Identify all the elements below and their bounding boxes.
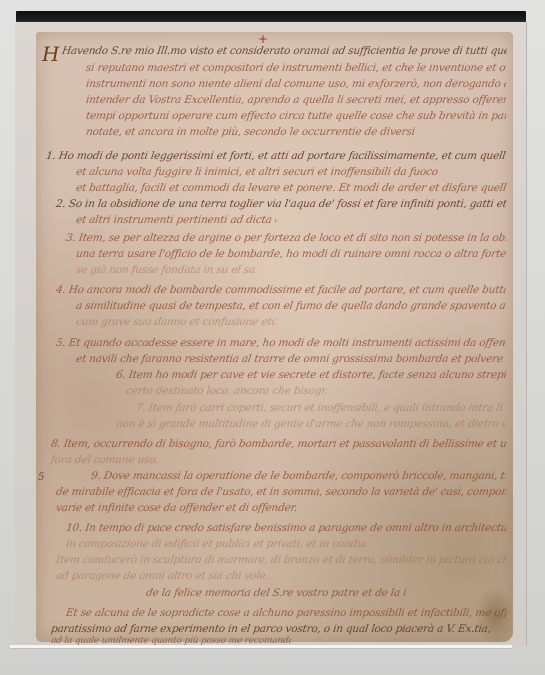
manuscript-line: 7. Item farò carri coperti, securi et in…: [135, 402, 507, 414]
manuscript-line: 6. Item ho modi per cave et vie secrete …: [115, 369, 507, 381]
manuscript-line: tempi opportuni operare cum effecto circ…: [85, 110, 507, 122]
manuscript-line: paratissimo ad farne experimento in el p…: [50, 623, 507, 635]
manuscript-line: 3. Item, se per altezza de argine o per …: [65, 232, 507, 244]
manuscript-line: 8. Item, occurrendo di bisogno, farò bom…: [50, 438, 507, 450]
manuscript-line: 9. Dove mancassi la operatione de le bom…: [90, 470, 507, 482]
manuscript-line: 1. Ho modi de ponti leggerissimi et fort…: [45, 150, 507, 162]
manuscript-line: a similitudine quasi de tempesta, et con…: [75, 300, 507, 312]
manuscript-line: certo destinato loco, ancora che bisogna…: [125, 385, 327, 397]
manuscript-line: non è sì grande multitudine di gente d'a…: [115, 418, 507, 430]
header-cross-mark: +: [258, 32, 268, 46]
manuscript-line: se già non fusse fondata in su el saxo e…: [75, 264, 257, 276]
manuscript-line: Item conducerò in sculptura di marmore, …: [55, 554, 507, 566]
manuscript-line: notate, et ancora in molte più, secondo …: [85, 126, 417, 138]
manuscript-page: + H Havendo S.re mio Ill.mo visto et con…: [36, 32, 513, 642]
manuscript-line: una terra usare l'officio de le bombarde…: [75, 248, 507, 260]
manuscript-line: 5. Et quando accadesse essere in mare, h…: [55, 337, 507, 349]
manuscript-line: de la felice memoria del S.re vostro pat…: [145, 587, 407, 599]
manuscript-line: et battaglia, facili et commodi da levar…: [75, 182, 507, 194]
manuscript-line: et alcuna volta fuggire li inimici, et a…: [75, 166, 507, 178]
manuscript-line: ad paragone de omni altro et sia chi vol…: [55, 570, 357, 582]
manuscript-line: fora del comune uso.: [50, 454, 507, 466]
manuscript-line: cum grave suo danno et confusione etc.: [75, 316, 277, 328]
manuscript-line: 2. So in la obsidione de una terra togli…: [55, 198, 507, 210]
manuscript-line: in composizione di edificii et publici e…: [65, 538, 367, 550]
manuscript-line: intender da Vostra Excellentia, aprendo …: [85, 94, 507, 106]
manuscript-line: Et se alcuna de le sopradicte cose a alc…: [65, 607, 507, 619]
manuscript-line: 4. Ho ancora modi de bombarde commodissi…: [55, 284, 507, 296]
manuscript-line: et altri instrumenti pertinenti ad dicta…: [75, 214, 277, 226]
manuscript-line: 10. In tempo di pace credo satisfare ben…: [65, 522, 507, 534]
initial-letter: H: [42, 42, 59, 66]
manuscript-line: varie et infinite cose da offender et di…: [55, 502, 417, 514]
manuscript-line: et navili che faranno resistentia al tra…: [75, 353, 507, 365]
manuscript-line: Havendo S.re mio Ill.mo visto et conside…: [61, 45, 508, 57]
manuscript-line: si reputano maestri et compositori de in…: [85, 62, 507, 74]
manuscript-line: instrumenti non sono niente alieni dal c…: [85, 78, 507, 90]
manuscript-line: de mirabile efficacia et fora de l'usato…: [55, 486, 507, 498]
manuscript-line: ad la quale umilmente quanto più posso m…: [50, 636, 291, 646]
margin-mark: 5: [38, 472, 44, 483]
